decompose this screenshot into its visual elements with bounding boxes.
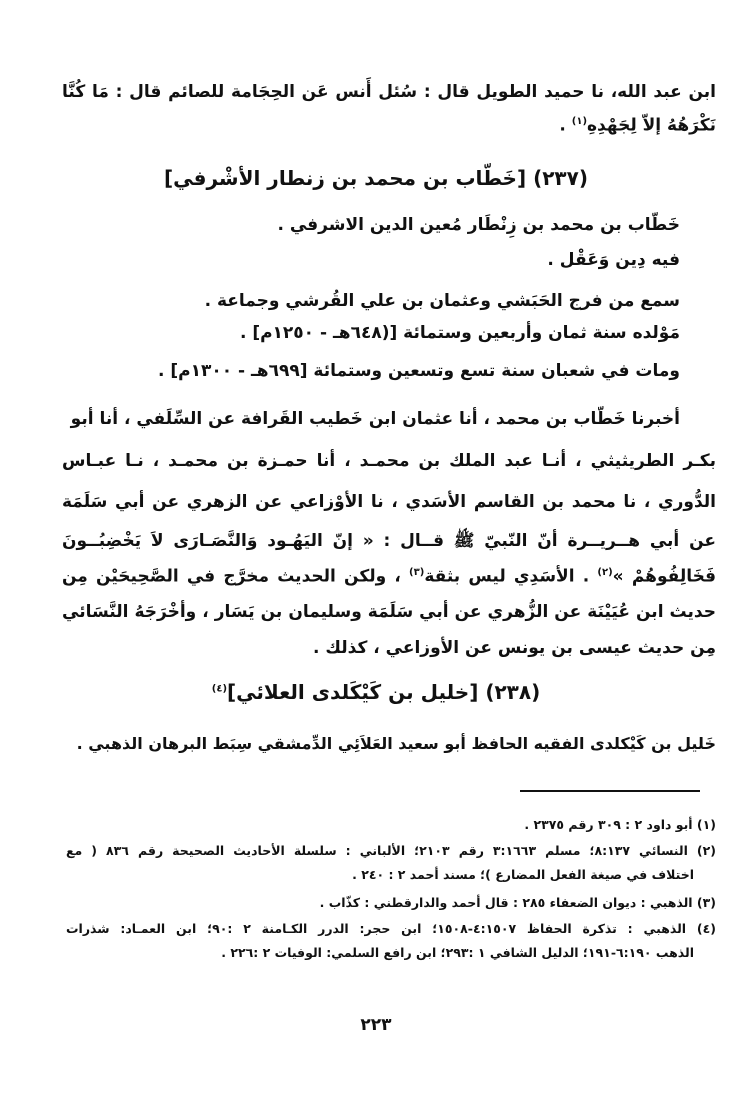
footnote-ref[interactable]: (٣) bbox=[409, 567, 424, 578]
footnote-4-cont: الذهب ٦:١٩٠-١٩١؛ الدليل الشافي ١ :٢٩٣؛ ا… bbox=[221, 947, 694, 960]
body-line: ابن عبد الله، نا حميد الطويل قال : سُئل … bbox=[62, 84, 716, 101]
entry-line: خَليل بن كَيْكلدى الفقيه الحافظ أبو سعيد… bbox=[77, 736, 716, 752]
hadith-line: عن أبي هــريــرة أنّ النّبيّ ﷺ قــال : «… bbox=[62, 533, 716, 550]
hadith-line: حديث ابن عُيَيْنَة عن الزُّهري عن أبي سَ… bbox=[62, 604, 716, 621]
entry-heading-237: (٢٣٧) [خَطّاب بن محمد بن زنطار الأشْرفي] bbox=[0, 168, 752, 188]
footnote-ref[interactable]: (١) bbox=[572, 116, 587, 127]
page-number: ٢٢٣ bbox=[0, 1015, 752, 1035]
book-page: ابن عبد الله، نا حميد الطويل قال : سُئل … bbox=[0, 0, 752, 1102]
entry-line: خَطّاب بن محمد بن زِنْطَار مُعين الدين ا… bbox=[277, 217, 680, 234]
hadith-line: بكـر الطريثيثي ، أنـا عبد الملك بن محمـد… bbox=[62, 453, 716, 470]
footnote-ref[interactable]: (٤) bbox=[212, 683, 227, 694]
hadith-line: الدُّوري ، نا محمد بن القاسم الأسَدي ، ن… bbox=[62, 494, 716, 511]
hadith-line: فَخَالِفُوهُمْ »(٢) . الأسَدِي ليس بثقة(… bbox=[62, 568, 716, 586]
body-line: نَكْرَهُهُ إلاّ لِجَهْدِهِ(١) . bbox=[559, 117, 716, 135]
entry-line: سمع من فرج الحَبَشي وعثمان بن علي القُرش… bbox=[205, 293, 680, 310]
entry-line: مَوْلده سنة ثمان وأربعين وستمائة [(٦٤٨هـ… bbox=[240, 325, 680, 342]
footnote-1: (١) أبو داود ٢ : ٣٠٩ رقم ٢٣٧٥ . bbox=[524, 819, 716, 832]
footnote-separator bbox=[520, 790, 700, 792]
entry-line: فيه دِين وَعَقْل . bbox=[547, 252, 680, 269]
footnote-4: (٤) الذهبي : تذكرة الحفاظ ٤:١٥٠٧-١٥٠٨؛ ا… bbox=[66, 923, 716, 936]
hadith-line: مِن حديث عيسى بن يونس عن الأوزاعي ، كذلك… bbox=[313, 640, 716, 657]
hadith-line: أخبرنا خَطّاب بن محمد ، أنا عثمان ابن خَ… bbox=[71, 411, 680, 428]
footnote-ref[interactable]: (٢) bbox=[597, 567, 612, 578]
entry-line: ومات في شعبان سنة تسع وتسعين وستمائة [٦٩… bbox=[158, 363, 680, 380]
footnote-3: (٣) الذهبي : ديوان الضعفاء ٢٨٥ : قال أحم… bbox=[320, 897, 716, 910]
footnote-2: (٢) النسائي ٨:١٣٧؛ مسلم ٣:١٦٦٣ رقم ٢١٠٣؛… bbox=[66, 845, 716, 858]
entry-heading-238: (٢٣٨) [خليل بن كَيْكَلدى العلائي](٤) bbox=[0, 682, 752, 702]
footnote-2-cont: اختلاف في صيغة الفعل المضارع )؛ مسند أحم… bbox=[352, 869, 694, 882]
